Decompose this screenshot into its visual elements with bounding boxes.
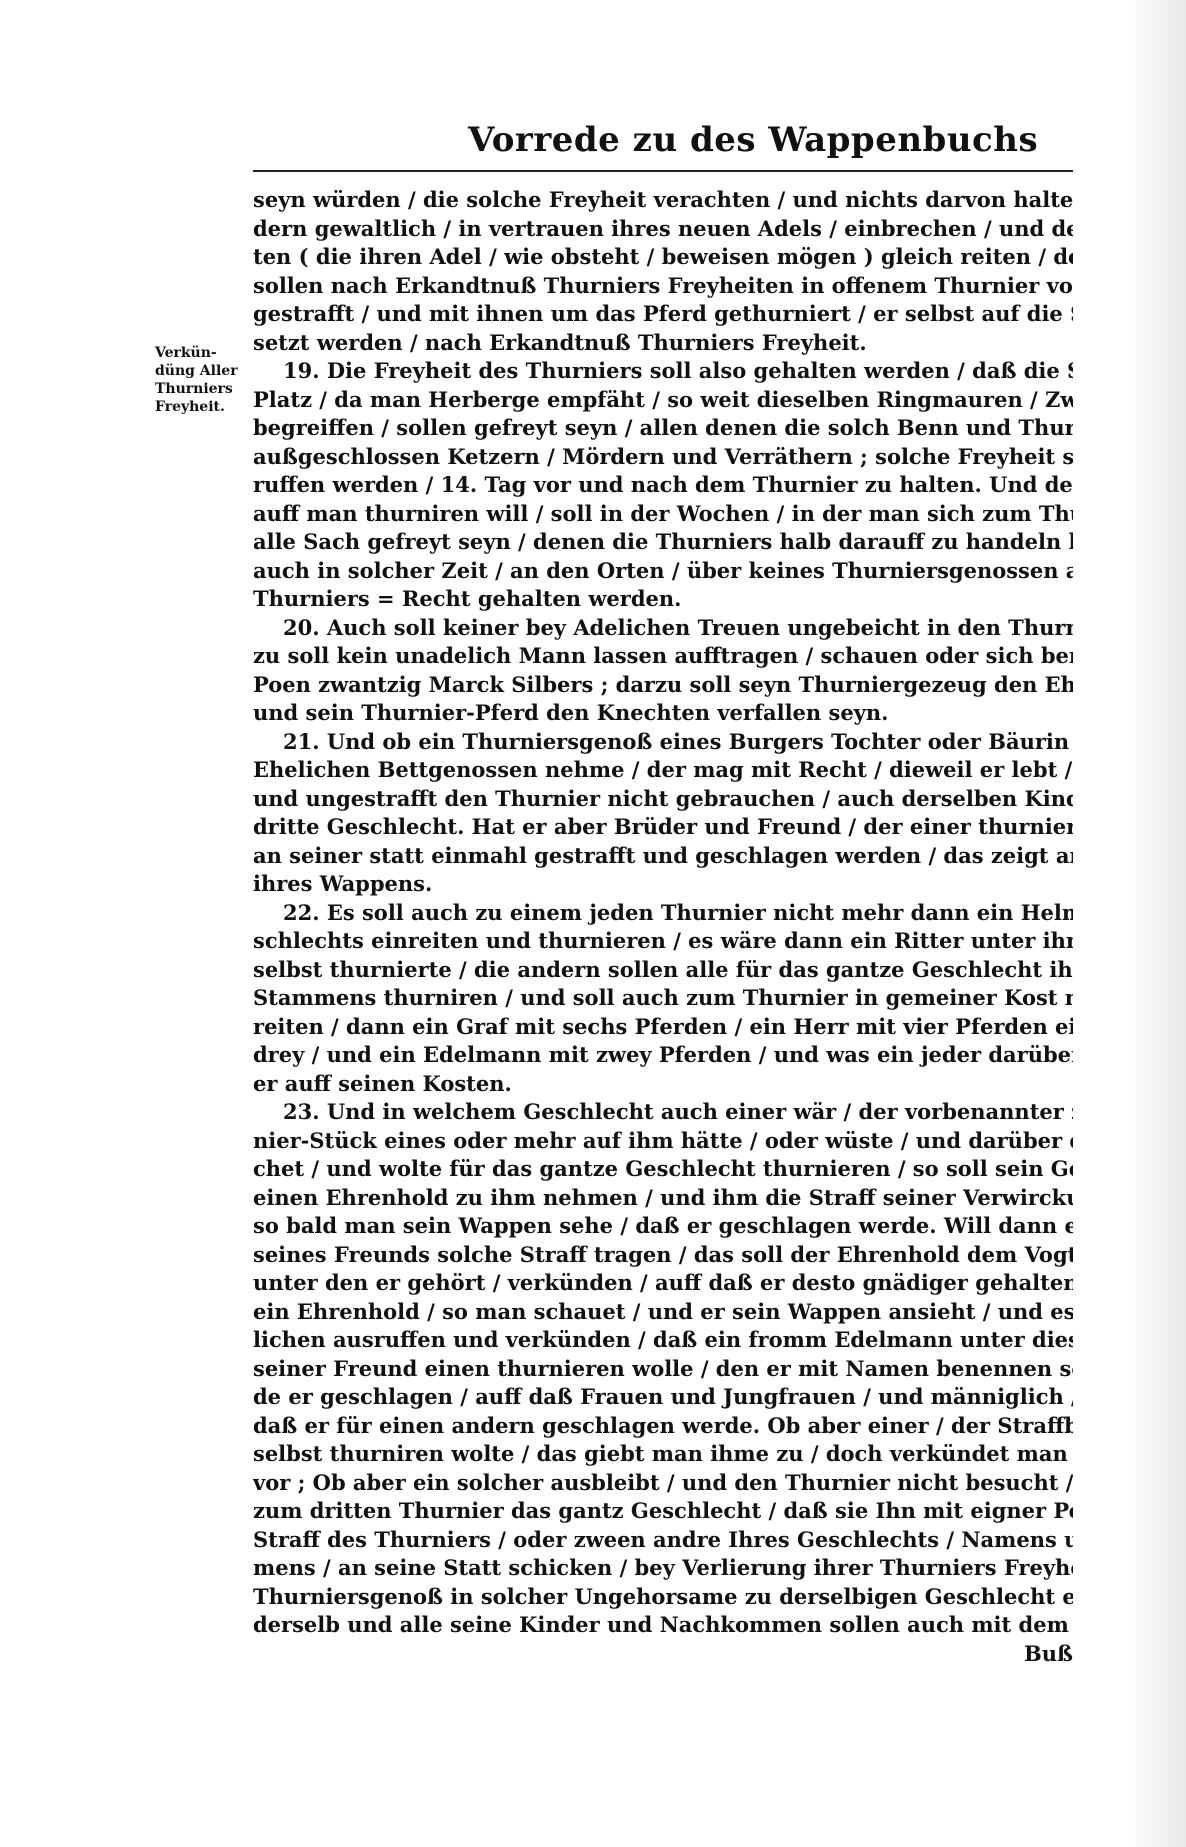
text-line: Poen zwantzig Marck Silbers ; darzu soll… xyxy=(253,671,1073,700)
margin-note-line: Thurniers xyxy=(155,380,245,398)
text-line: ihres Wappens. xyxy=(253,870,1073,899)
text-line: und sein Thurnier-Pferd den Knechten ver… xyxy=(253,699,1073,728)
text-line: Ehelichen Bettgenossen nehme / der mag m… xyxy=(253,756,1073,785)
paragraph-23: 23. Und in welchem Geschlecht auch einer… xyxy=(253,1098,1073,1640)
text-line: de er geschlagen / auff daß Frauen und J… xyxy=(253,1383,1073,1412)
text-line: auch in solcher Zeit / an den Orten / üb… xyxy=(253,557,1073,586)
text-line: setzt werden / nach Erkandtnuß Thurniers… xyxy=(253,329,1073,358)
text-line: Platz / da man Herberge empfäht / so wei… xyxy=(253,386,1073,415)
text-line: Stammens thurniren / und soll auch zum T… xyxy=(253,984,1073,1013)
paragraph-21: 21. Und ob ein Thurniersgenoß eines Burg… xyxy=(253,728,1073,899)
text-line: Thurniersgenoß in solcher Ungehorsame zu… xyxy=(253,1583,1073,1612)
text-line: ein Ehrenhold / so man schauet / und er … xyxy=(253,1298,1073,1327)
text-line: lichen ausruffen und verkünden / daß ein… xyxy=(253,1326,1073,1355)
paragraph-20: 20. Auch soll keiner bey Adelichen Treue… xyxy=(253,614,1073,728)
text-line: seines Freunds solche Straff tragen / da… xyxy=(253,1241,1073,1270)
text-line: 23. Und in welchem Geschlecht auch einer… xyxy=(253,1098,1073,1127)
text-line: zum dritten Thurnier das gantz Geschlech… xyxy=(253,1497,1073,1526)
margin-note: Verkün- düng Aller Thurniers Freyheit. xyxy=(155,344,245,416)
page-edge-shadow xyxy=(1126,0,1186,1847)
paragraph-19: 19. Die Freyheit des Thurniers soll also… xyxy=(253,357,1073,614)
text-line: nier-Stück eines oder mehr auf ihm hätte… xyxy=(253,1127,1073,1156)
text-line: vor ; Ob aber ein solcher ausbleibt / un… xyxy=(253,1469,1073,1498)
text-line: sollen nach Erkandtnuß Thurniers Freyhei… xyxy=(253,272,1073,301)
text-line: auff man thurniren will / soll in der Wo… xyxy=(253,500,1073,529)
text-line: begreiffen / sollen gefreyt seyn / allen… xyxy=(253,414,1073,443)
text-line: mens / an seine Statt schicken / bey Ver… xyxy=(253,1554,1073,1583)
body-text: seyn würden / die solche Freyheit verach… xyxy=(253,186,1073,1668)
text-line: drey / und ein Edelmann mit zwey Pferden… xyxy=(253,1041,1073,1070)
paragraph-continuation: seyn würden / die solche Freyheit verach… xyxy=(253,186,1073,357)
text-line: gestrafft / und mit ihnen um das Pferd g… xyxy=(253,300,1073,329)
text-line: 20. Auch soll keiner bey Adelichen Treue… xyxy=(253,614,1073,643)
text-line: an seiner statt einmahl gestrafft und ge… xyxy=(253,842,1073,871)
text-line: und ungestrafft den Thurnier nicht gebra… xyxy=(253,785,1073,814)
text-line: einen Ehrenhold zu ihm nehmen / und ihm … xyxy=(253,1184,1073,1213)
text-line: seyn würden / die solche Freyheit verach… xyxy=(253,186,1073,215)
text-line: außgeschlossen Ketzern / Mördern und Ver… xyxy=(253,443,1073,472)
text-line: ruffen werden / 14. Tag vor und nach dem… xyxy=(253,471,1073,500)
text-line: er auff seinen Kosten. xyxy=(253,1070,1073,1099)
text-line: ten ( die ihren Adel / wie obsteht / bew… xyxy=(253,243,1073,272)
text-line: reiten / dann ein Graf mit sechs Pferden… xyxy=(253,1013,1073,1042)
text-line: dern gewaltlich / in vertrauen ihres neu… xyxy=(253,215,1073,244)
text-line: selbst thurnierte / die andern sollen al… xyxy=(253,956,1073,985)
margin-note-line: Verkün- xyxy=(155,344,245,362)
text-line: Thurniers = Recht gehalten werden. xyxy=(253,585,1073,614)
text-line: zu soll kein unadelich Mann lassen aufft… xyxy=(253,642,1073,671)
margin-note-line: Freyheit. xyxy=(155,398,245,416)
text-line: so bald man sein Wappen sehe / daß er ge… xyxy=(253,1212,1073,1241)
text-line: seiner Freund einen thurnieren wolle / d… xyxy=(253,1355,1073,1384)
text-line: 21. Und ob ein Thurniersgenoß eines Burg… xyxy=(253,728,1073,757)
text-line: daß er für einen andern geschlagen werde… xyxy=(253,1412,1073,1441)
text-line: chet / und wolte für das gantze Geschlec… xyxy=(253,1155,1073,1184)
text-line: alle Sach gefreyt seyn / denen die Thurn… xyxy=(253,528,1073,557)
text-line: unter den er gehört / verkünden / auff d… xyxy=(253,1269,1073,1298)
text-line: selbst thurniren wolte / das giebt man i… xyxy=(253,1440,1073,1469)
text-line: 22. Es soll auch zu einem jeden Thurnier… xyxy=(253,899,1073,928)
paragraph-22: 22. Es soll auch zu einem jeden Thurnier… xyxy=(253,899,1073,1099)
text-line: derselb und alle seine Kinder und Nachko… xyxy=(253,1611,1073,1640)
text-line: dritte Geschlecht. Hat er aber Brüder un… xyxy=(253,813,1073,842)
margin-note-line: düng Aller xyxy=(155,362,245,380)
catchword: Buß xyxy=(253,1640,1073,1669)
text-line: schlechts einreiten und thurnieren / es … xyxy=(253,927,1073,956)
header-rule xyxy=(253,170,1073,172)
running-head: Vorrede zu des Wappenbuchs xyxy=(468,120,1038,160)
text-line: Straff des Thurniers / oder zween andre … xyxy=(253,1526,1073,1555)
text-line: 19. Die Freyheit des Thurniers soll also… xyxy=(253,357,1073,386)
